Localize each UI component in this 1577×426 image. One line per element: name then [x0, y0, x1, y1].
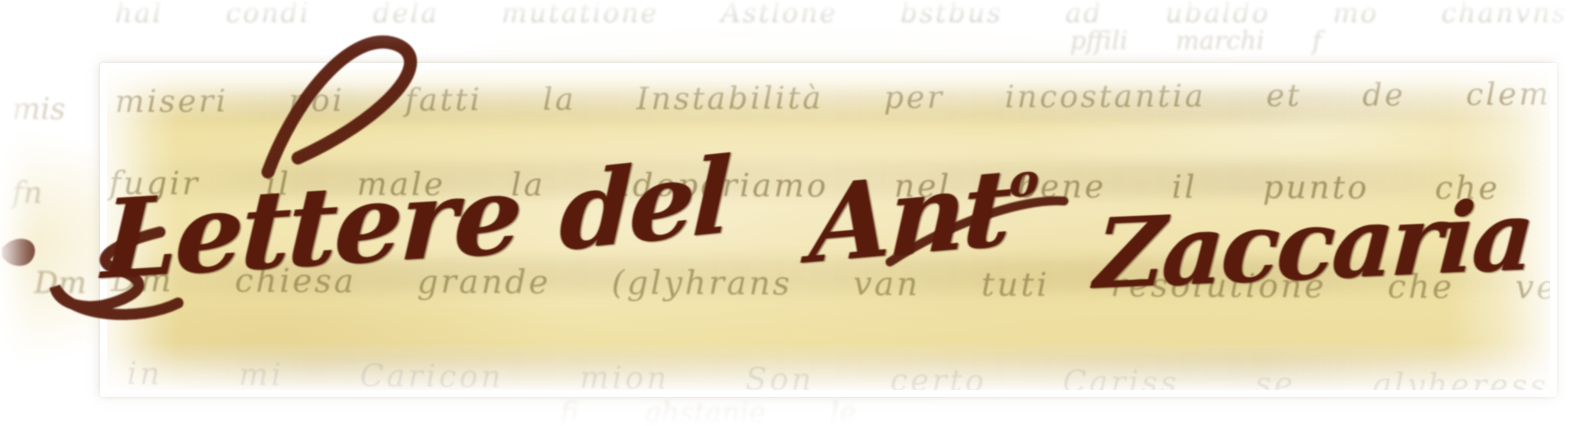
title-word-ant-superscript: o: [1009, 153, 1040, 208]
manuscript-banner: hal condi dela mutatione Astlone bstbus …: [0, 0, 1577, 426]
title-word-lettere: Lettere: [100, 152, 522, 304]
margin-ink-fragment: fn: [12, 176, 42, 211]
margin-ink-fragment: mis: [12, 92, 65, 127]
faded-manuscript-line-1: miseri noi fatti la Instabilità per inco…: [115, 75, 1550, 120]
margin-ink-fragment: Dm: [34, 266, 87, 301]
title-word-del: del: [558, 133, 731, 275]
faded-manuscript-line-outer-bottom: fi ghstanie le: [560, 396, 856, 426]
faded-manuscript-line-outer-top: hal condi dela mutatione Astlone bstbus …: [115, 0, 1577, 29]
faded-manuscript-line-outer-top-right: pffili marchi f: [1070, 26, 1322, 55]
title-word-ant-text: Ant: [808, 144, 1011, 287]
title-word-zaccaria: Zaccaria: [1092, 179, 1535, 311]
title-word-ant: Anto: [808, 141, 1041, 287]
